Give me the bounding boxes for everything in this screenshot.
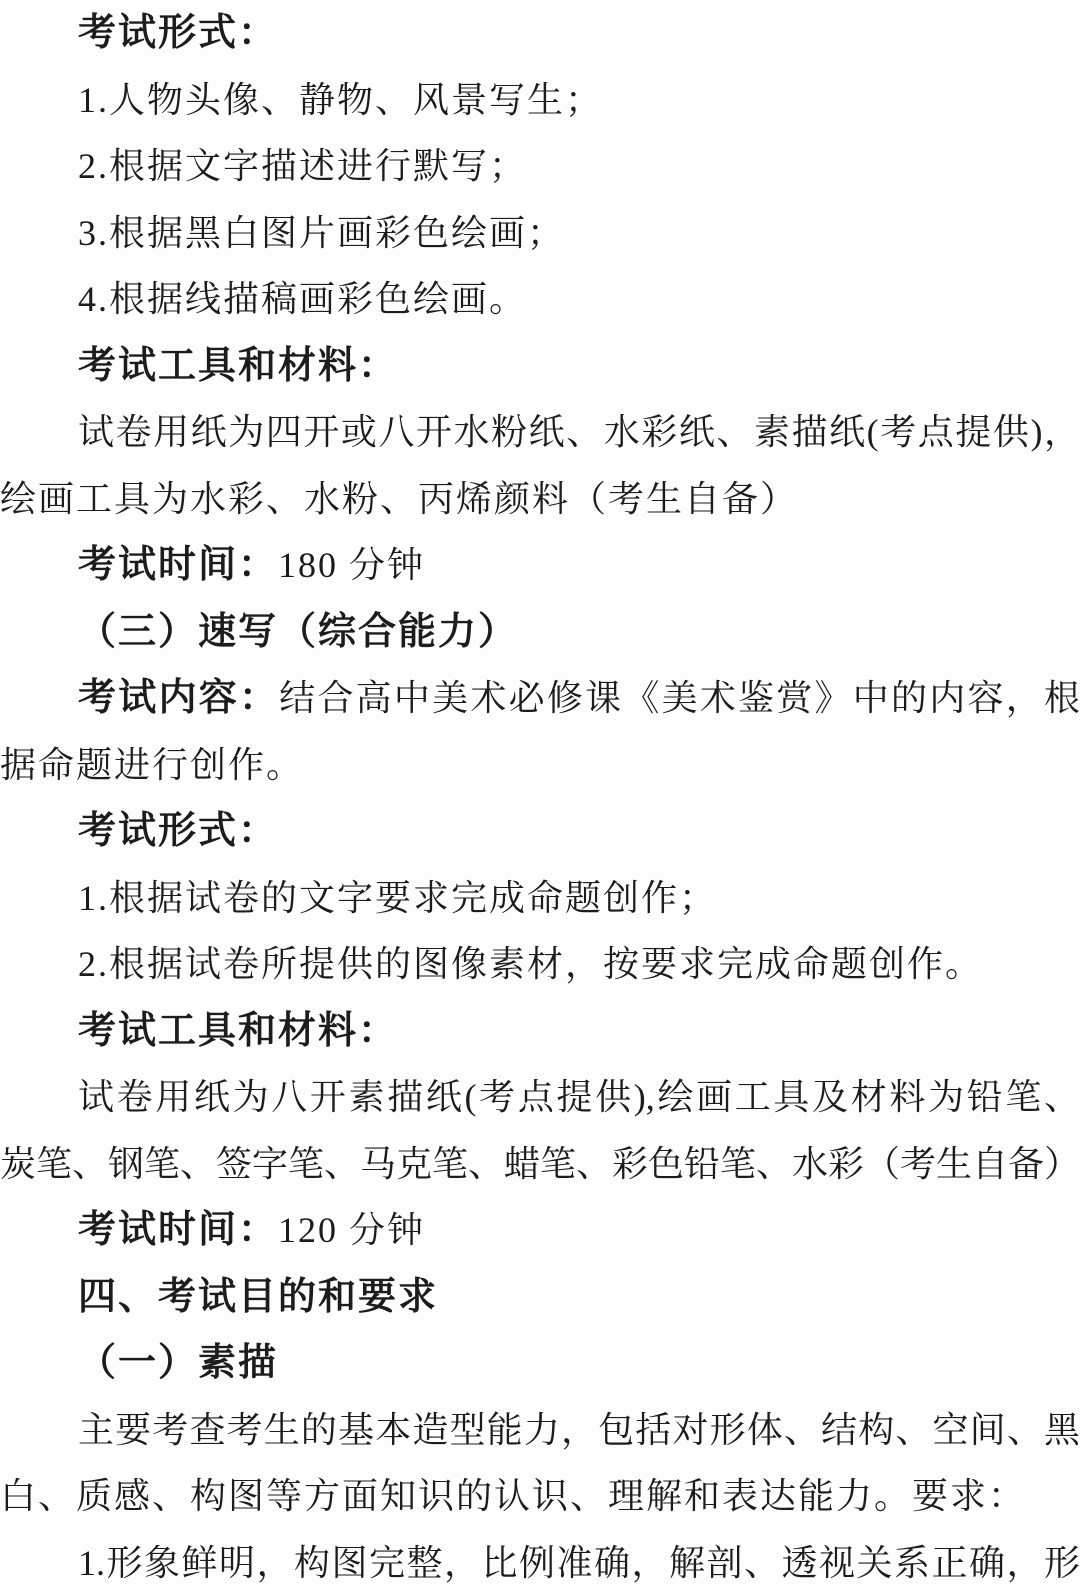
body-line-assessment-2: 白、质感、构图等方面知识的认识、理解和表达能力。要求： bbox=[0, 1463, 1080, 1530]
list-item-4-line-draft: 4.根据线描稿画彩色绘画。 bbox=[0, 266, 1080, 333]
section-heading-exam-format-1: 考试形式： bbox=[0, 0, 1080, 67]
list-item-2-text-description: 2.根据文字描述进行默写； bbox=[0, 133, 1080, 200]
line-value-exam-duration: 180 分钟 bbox=[278, 545, 425, 585]
body-line-requirement-1: 1.形象鲜明，构图完整，比例准确，解剖、透视关系正确，形 bbox=[0, 1530, 1080, 1596]
line-value-exam-content: 结合高中美术必修课《美术鉴赏》中的内容，根 bbox=[279, 678, 1080, 718]
section-heading-sketch-ability: （三）速写（综合能力） bbox=[0, 599, 1080, 666]
body-line-paper-spec-2: 试卷用纸为八开素描纸(考点提供),绘画工具及材料为铅笔、 bbox=[0, 1064, 1080, 1131]
section-heading-sumiao: （一）素描 bbox=[0, 1330, 1080, 1397]
list-item-2-image-material: 2.根据试卷所提供的图像素材，按要求完成命题创作。 bbox=[0, 931, 1080, 998]
body-line-paper-spec-1: 试卷用纸为四开或八开水粉纸、水彩纸、素描纸(考点提供)， bbox=[0, 399, 1080, 466]
list-item-1-text-requirement: 1.根据试卷的文字要求完成命题创作； bbox=[0, 865, 1080, 932]
line-value-exam-duration-2: 120 分钟 bbox=[278, 1210, 425, 1250]
labeled-line-exam-content: 考试内容：结合高中美术必修课《美术鉴赏》中的内容，根 bbox=[0, 665, 1080, 732]
labeled-line-duration-120: 考试时间：120 分钟 bbox=[0, 1197, 1080, 1264]
section-heading-purpose: 四、考试目的和要求 bbox=[0, 1264, 1080, 1331]
line-label-exam-content: 考试内容： bbox=[78, 677, 279, 719]
body-line-paint-tools: 绘画工具为水彩、水粉、丙烯颜料（考生自备） bbox=[0, 466, 1080, 533]
body-line-pen-list: 炭笔、钢笔、签字笔、马克笔、蜡笔、彩色铅笔、水彩（考生自备） bbox=[0, 1131, 1080, 1198]
document-page: 考试形式： 1.人物头像、静物、风景写生； 2.根据文字描述进行默写； 3.根据… bbox=[0, 0, 1080, 1596]
section-heading-tools-1: 考试工具和材料： bbox=[0, 333, 1080, 400]
section-heading-tools-2: 考试工具和材料： bbox=[0, 998, 1080, 1065]
list-item-3-bw-photo: 3.根据黑白图片画彩色绘画； bbox=[0, 200, 1080, 267]
line-label-exam-duration-2: 考试时间： bbox=[78, 1209, 278, 1251]
labeled-line-duration-180: 考试时间：180 分钟 bbox=[0, 532, 1080, 599]
body-line-creation-continue: 据命题进行创作。 bbox=[0, 732, 1080, 799]
section-heading-exam-format-2: 考试形式： bbox=[0, 798, 1080, 865]
list-item-1-portrait: 1.人物头像、静物、风景写生； bbox=[0, 67, 1080, 134]
body-line-assessment-1: 主要考查考生的基本造型能力，包括对形体、结构、空间、黑 bbox=[0, 1397, 1080, 1464]
line-label-exam-duration: 考试时间： bbox=[78, 544, 278, 586]
